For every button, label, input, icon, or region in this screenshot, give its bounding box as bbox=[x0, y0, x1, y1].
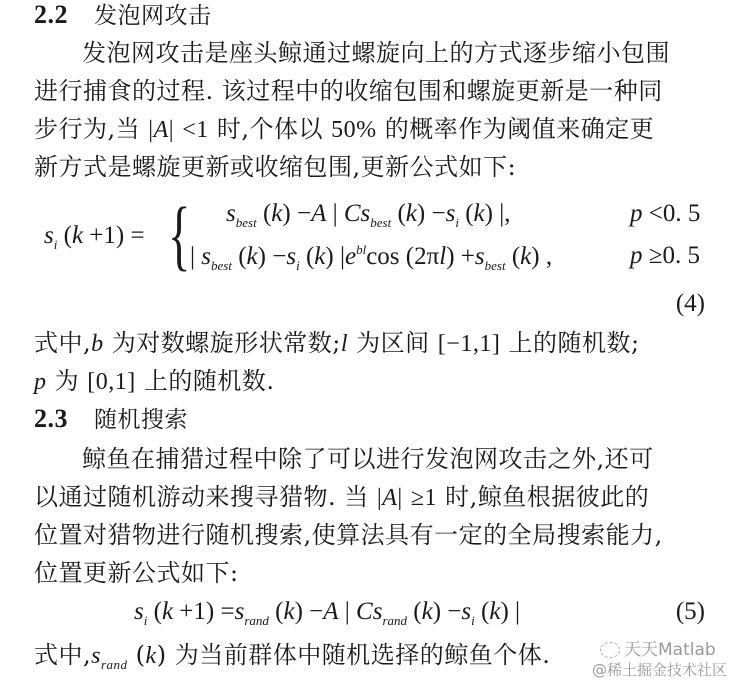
wechat-icon bbox=[600, 642, 620, 658]
section-heading-2-2: 2.2发泡网攻击 bbox=[34, 0, 212, 31]
paragraph-line: 位置对猎物进行随机搜索,使算法具有一定的全局搜索能力, bbox=[34, 520, 663, 550]
section-number: 2.3 bbox=[34, 404, 68, 433]
equation-case-1: sbest (k) −A | Csbest (k) −si (k) |, bbox=[226, 200, 510, 231]
equation-case-1-condition: p <0. 5 bbox=[630, 200, 700, 228]
equation-case-2-condition: p ≥0. 5 bbox=[630, 242, 700, 270]
watermark: 天天Matlab @稀土掘金技术社区 bbox=[600, 640, 727, 680]
paragraph-line: 新方式是螺旋更新或收缩包围,更新公式如下: bbox=[34, 152, 516, 182]
paragraph-line: 式中,b 为对数螺旋形状常数;l 为区间 [−1,1] 上的随机数; bbox=[34, 328, 640, 359]
watermark-source: @稀土掘金技术社区 bbox=[592, 660, 727, 680]
equation-number: (4) bbox=[676, 290, 705, 318]
paragraph-line: 鲸鱼在捕猎过程中除了可以进行发泡网攻击之外,还可 bbox=[82, 444, 654, 474]
watermark-account: 天天Matlab bbox=[624, 640, 716, 660]
equation-body: si (k +1) =srand (k) −A | Csrand (k) −si… bbox=[134, 598, 520, 629]
section-heading-2-3: 2.3随机搜索 bbox=[34, 404, 188, 435]
paragraph-line: 步行为,当 |A| <1 时,个体以 50% 的概率作为阈值来确定更 bbox=[34, 114, 654, 145]
equation-case-2: | sbest (k) −si (k) |eblcos (2πl) +sbest… bbox=[190, 242, 552, 274]
section-title: 发泡网攻击 bbox=[94, 3, 212, 29]
section-title: 随机搜索 bbox=[94, 407, 188, 433]
equation-lhs: si (k +1) = bbox=[44, 222, 145, 253]
paragraph-line: p 为 [0,1] 上的随机数. bbox=[34, 366, 275, 397]
paragraph-line: 位置更新公式如下: bbox=[34, 558, 239, 588]
equation-number: (5) bbox=[676, 598, 705, 626]
paragraph-line: 进行捕食的过程. 该过程中的收缩包围和螺旋更新是一种同 bbox=[34, 76, 663, 106]
paragraph-line: 以通过随机游动来搜寻猎物. 当 |A| ≥1 时,鲸鱼根据彼此的 bbox=[34, 482, 649, 513]
left-brace: { bbox=[168, 196, 190, 274]
paragraph-line: 发泡网攻击是座头鲸通过螺旋向上的方式逐步缩小包围 bbox=[82, 38, 670, 68]
paragraph-line: 式中,srand (k) 为当前群体中随机选择的鲸鱼个体. bbox=[34, 640, 550, 680]
section-number: 2.2 bbox=[34, 0, 68, 29]
